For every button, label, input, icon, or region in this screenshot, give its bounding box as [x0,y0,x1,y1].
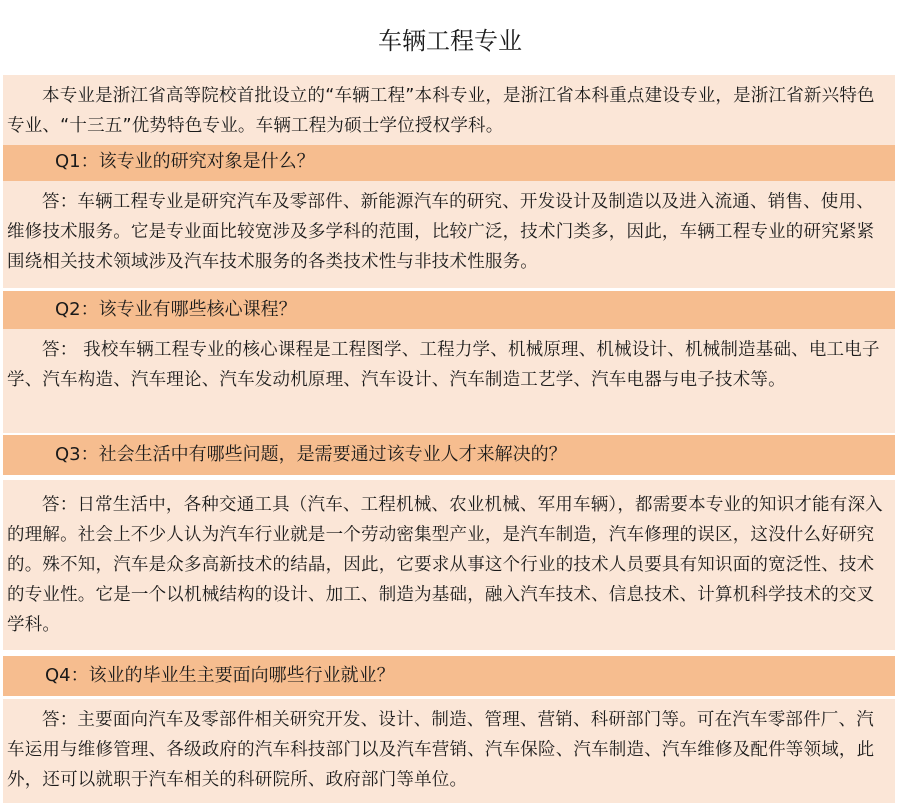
answer-1-section: 答：车辆工程专业是研究汽车及零部件、新能源汽车的研究、开发设计及制造以及进入流通… [3,181,895,288]
question-2-header: Q2：该专业有哪些核心课程？ [3,291,895,329]
question-4-header: Q4：该业的毕业生主要面向哪些行业就业？ [3,656,895,696]
answer-3-section: 答：日常生活中，各种交通工具（汽车、工程机械、农业机械、军用车辆），都需要本专业… [3,480,895,650]
answer-4-section: 答：主要面向汽车及零部件相关研究开发、设计、制造、管理、营销、科研部门等。可在汽… [3,699,895,803]
question-2-text: Q2：该专业有哪些核心课程？ [3,291,895,329]
intro-text: 本专业是浙江省高等院校首批设立的“车辆工程”本科专业，是浙江省本科重点建设专业，… [3,75,895,141]
answer-3-text: 答：日常生活中，各种交通工具（汽车、工程机械、农业机械、军用车辆），都需要本专业… [3,480,895,640]
answer-2-section: 答： 我校车辆工程专业的核心课程是工程图学、工程力学、机械原理、机械设计、机械制… [3,329,895,433]
question-3-text: Q3：社会生活中有哪些问题，是需要通过该专业人才来解决的？ [3,435,895,475]
answer-4-text: 答：主要面向汽车及零部件相关研究开发、设计、制造、管理、营销、科研部门等。可在汽… [3,699,895,795]
question-4-text: Q4：该业的毕业生主要面向哪些行业就业？ [3,656,895,696]
question-1-text: Q1：该专业的研究对象是什么？ [3,145,895,179]
answer-1-text: 答：车辆工程专业是研究汽车及零部件、新能源汽车的研究、开发设计及制造以及进入流通… [3,181,895,277]
answer-2-text: 答： 我校车辆工程专业的核心课程是工程图学、工程力学、机械原理、机械设计、机械制… [3,329,895,395]
question-1-header: Q1：该专业的研究对象是什么？ [3,145,895,181]
page-title: 车辆工程专业 [0,0,900,72]
question-3-header: Q3：社会生活中有哪些问题，是需要通过该专业人才来解决的？ [3,435,895,475]
intro-section: 本专业是浙江省高等院校首批设立的“车辆工程”本科专业，是浙江省本科重点建设专业，… [3,75,895,145]
